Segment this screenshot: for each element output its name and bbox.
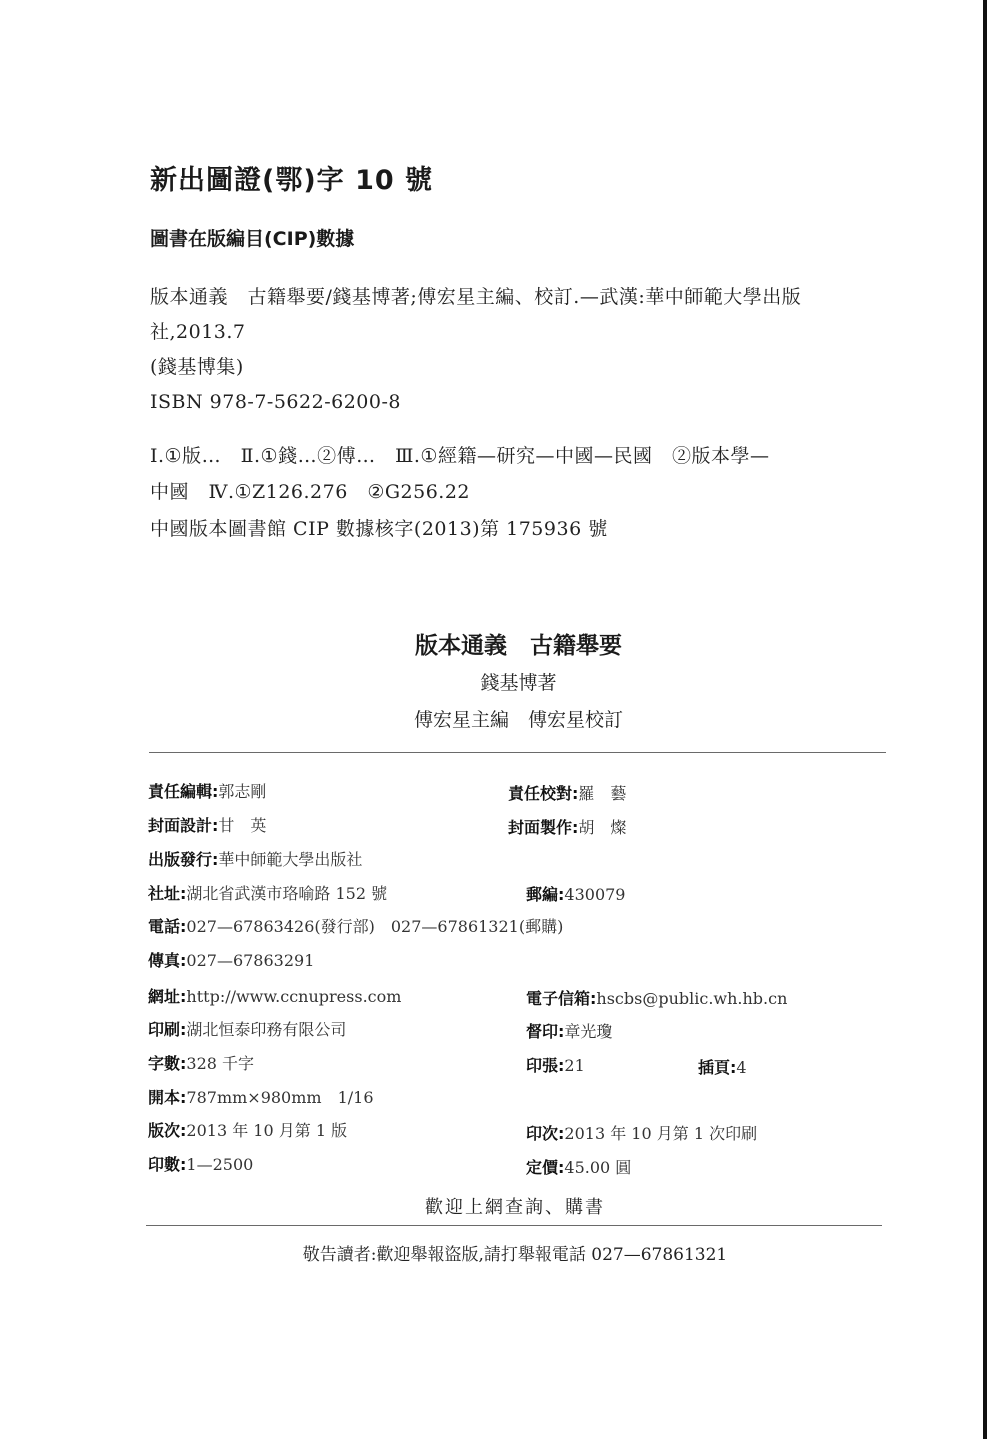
cip-line-2: 社,2013.7 <box>150 317 246 344</box>
cip-series: (錢基博集) <box>150 352 244 379</box>
word-count: 字數:328 千字 <box>148 1051 254 1074</box>
cip-line-1: 版本通義 古籍舉要/錢基博著;傅宏星主編、校訂.—武漢:華中師範大學出版 <box>150 282 801 309</box>
cip-classification-1: Ⅰ.①版… Ⅱ.①錢…②傅… Ⅲ.①經籍—研究—中國—民國 ②版本學— <box>150 441 769 468</box>
format: 開本:787mm×980mm 1/16 <box>148 1085 374 1108</box>
book-author: 錢基博著 <box>0 668 987 695</box>
address: 社址:湖北省武漢市珞喻路 152 號 <box>148 881 387 904</box>
welcome-message: 歡迎上網查詢、購書 <box>0 1193 987 1219</box>
cip-isbn: ISBN 978-7-5622-6200-8 <box>150 391 401 413</box>
price: 定價:45.00 圓 <box>526 1155 631 1178</box>
phone: 電話:027—67863426(發行部) 027—67861321(郵購) <box>148 914 563 937</box>
book-title: 版本通義 古籍舉要 <box>0 627 987 660</box>
top-divider <box>149 752 886 753</box>
printing: 印次:2013 年 10 月第 1 次印刷 <box>526 1121 757 1144</box>
cip-heading: 圖書在版編目(CIP)數據 <box>150 224 354 251</box>
publisher: 出版發行:華中師範大學出版社 <box>148 847 362 870</box>
email: 電子信箱:hscbs@public.wh.hb.cn <box>526 986 787 1009</box>
website: 網址:http://www.ccnupress.com <box>148 984 401 1007</box>
book-editors: 傅宏星主編 傅宏星校訂 <box>0 705 987 732</box>
publication-license: 新出圖證(鄂)字 10 號 <box>150 158 433 197</box>
cover-design: 封面設計:甘 英 <box>148 813 266 836</box>
printed-sheets: 印張:21 <box>526 1053 585 1076</box>
edition: 版次:2013 年 10 月第 1 版 <box>148 1118 347 1141</box>
proofreader: 責任校對:羅 藝 <box>508 781 626 804</box>
inserts: 插頁:4 <box>698 1055 747 1078</box>
fax: 傳真:027—67863291 <box>148 948 314 971</box>
cip-verification: 中國版本圖書館 CIP 數據核字(2013)第 175936 號 <box>150 514 608 541</box>
printer: 印刷:湖北恒泰印務有限公司 <box>148 1017 346 1040</box>
print-supervisor: 督印:章光瓊 <box>526 1019 612 1042</box>
anti-piracy-notice: 敬告讀者:歡迎舉報盜版,請打舉報電話 027—67861321 <box>0 1240 987 1265</box>
print-run: 印數:1—2500 <box>148 1152 253 1175</box>
cip-classification-2: 中國 Ⅳ.①Z126.276 ②G256.22 <box>150 477 470 504</box>
cover-production: 封面製作:胡 燦 <box>508 815 626 838</box>
responsible-editor: 責任編輯:郭志剛 <box>148 779 266 802</box>
postcode: 郵編:430079 <box>526 882 625 905</box>
bottom-divider <box>146 1225 882 1226</box>
